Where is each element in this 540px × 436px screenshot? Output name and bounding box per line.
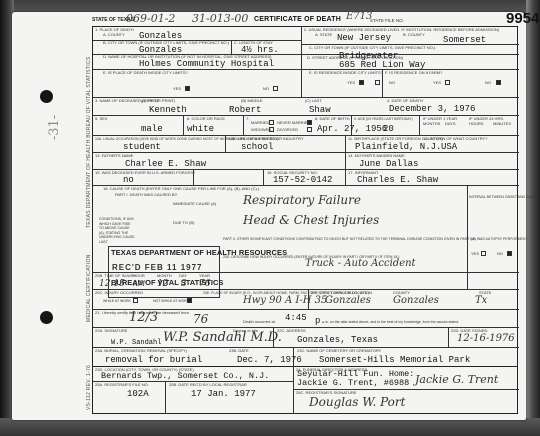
interval-label: INTERVAL BETWEEN ONSET AND DEATH [469,195,538,200]
stamp-line-2: REC'D FEB 11 1977 [112,263,203,272]
certificate-form: 1. PLACE OF DEATH a. COUNTY Gonzales b. … [92,26,518,367]
marital-never-married-checkbox [307,120,312,125]
marital-married: Married [251,121,269,126]
death-inside-city-yes-checkbox [185,86,190,91]
describe-injury: Truck - Auto Accident [305,258,416,269]
scan-border-right [526,0,540,436]
middle-name: Robert [229,105,261,115]
death-occurred-label: Death occurred at [243,320,275,325]
divider [165,381,166,414]
death-inside-city-no-label: NO [263,87,269,92]
divider [93,152,519,153]
autopsy-label: 19. WAS AUTOPSY PERFORMED? [471,237,527,242]
autopsy-no-label: NO [497,252,503,257]
physician-address: Gonzales, Texas [297,335,378,345]
address-label: 22c. ADDRESS [277,329,306,334]
divider [448,327,449,347]
deceased-name-label: 3. NAME OF DECEASED (Type or print) [95,99,175,104]
industry: school [241,142,273,152]
while-at-work-label: WHILE AT WORK [103,299,131,304]
funeral-director: Jackie G. Trent, #6988 [297,378,409,388]
months-label: Months [423,122,440,127]
immediate-cause: Respiratory Failure [243,193,361,207]
marital-married-checkbox [269,120,274,125]
residence-state-label: a. STATE [315,33,332,38]
hospital-name: Holmes Community Hospital [139,59,274,69]
date-signed: 12-16-1976 [457,333,515,344]
divider [419,115,420,135]
marital-widowed-checkbox [269,127,274,132]
punch-hole-top [40,90,53,103]
injury-state: Tx [475,295,487,306]
citizen-label: 12. CITIZEN OF WHAT COUNTRY? [423,137,487,142]
on-farm-no-label: NO [485,81,491,86]
divider [293,367,294,414]
sex: male [141,124,163,134]
not-at-work-label: NOT WHILE AT WORK [153,299,189,304]
death-time: 4:45 [285,313,307,323]
attended-to: 76 [193,312,208,326]
divider [345,135,346,152]
residence-county: Somerset [443,35,486,45]
death-inside-city-label: e. IS PLACE OF DEATH INSIDE CITY LIMITS? [103,71,188,76]
birthplace: Plainfield, N.J. [355,142,441,152]
divider [183,115,184,135]
cause-label: 18. CAUSE OF DEATH (Enter only one cause… [103,187,259,192]
on-farm-yes-label: YES [433,81,441,86]
divider [231,40,232,54]
mother-name: June Dallas [359,159,418,169]
autopsy-yes-label: YES [471,252,479,257]
last-name: Shaw [309,105,331,115]
armed-forces: no [123,175,134,185]
armed-forces-label: 15. WAS DECEASED EVER IN U.S. ARMED FORC… [95,171,195,176]
burial-date: Dec. 7, 1976 [237,355,302,365]
marital-label: 7. [246,117,249,122]
minutes-label: Minutes [493,122,511,127]
date-of-death-label: 4. DATE OF DEATH [387,99,423,104]
injury-county: Gonzales [393,295,439,306]
middle-name-label: (b) Middle [241,99,263,104]
part1-label: PART I. DEATH WAS CAUSED BY [115,193,177,198]
days-label: Days [445,122,456,127]
marital-never-married: Never Married [277,121,310,126]
divider [243,115,244,135]
residence-inside-city-label: e. IS RESIDENCE INSIDE CITY LIMITS? [309,71,383,76]
due-to-label: DUE TO (b) [173,221,194,226]
burial-location: Bernards Twp., Somerset Co., N.J. [101,371,269,381]
occupation: student [123,142,161,152]
death-inside-city-yes-label: YES [173,87,181,92]
autopsy-no-checkbox [507,251,512,256]
on-farm-label: f. IS RESIDENCE ON A FARM? [385,71,442,76]
race: white [187,124,214,134]
physician-signature: W.P. Sandahl M.D. [163,330,282,345]
citizen: USA [441,142,457,152]
residence-street: 685 Red Lion Way [339,60,425,70]
registrar-signature: Douglas W. Port [309,395,405,409]
age-label: 9. AGE (In years last birthday) [354,117,413,122]
race-label: 6. COLOR OR RACE [187,117,225,122]
attended-from: 12/3 [129,310,158,325]
while-at-work-checkbox [133,298,138,303]
last-name-label: (c) Last [305,99,322,104]
stamp-line-1: TEXAS DEPARTMENT OF HEALTH RESOURCES [111,248,287,257]
hand-code-2: 31-013-00 [192,12,248,25]
autopsy-yes-checkbox [481,251,486,256]
date-of-death: December 3, 1976 [389,104,475,114]
father-name: Charlee E. Shaw [125,159,206,169]
conditions-label: Conditions, if any, which gave rise to a… [99,217,135,244]
burial-method: removal for burial [105,355,202,365]
age: 20 [383,124,394,134]
date-received: 17 Jan. 1977 [191,389,256,399]
funeral-director-signature: Jackie G. Trent [415,373,498,386]
degree-label: Degree or title [233,329,258,334]
burial-label: 23a. BURIAL, CREMATION, REMOVAL (Specify… [95,349,187,354]
registrar-file-number: 102A [127,389,149,399]
residence-inside-no-label: NO [389,81,395,86]
informant: Charles E. Shaw [357,175,438,185]
certificate-number: 99547 [506,10,540,27]
father-label: 13. FATHER'S NAME [95,154,133,159]
sex-label: 5. SEX [95,117,107,122]
due-to-cause: Head & Chest Injuries [243,213,379,227]
marital-divorced: Divorced [277,128,298,133]
residence-inside-yes-label: YES [347,81,355,86]
received-stamp: TEXAS DEPARTMENT OF HEALTH RESOURCES REC… [108,246,220,298]
marital-divorced-checkbox [307,127,312,132]
injury-place: Hwy 90 A I-H 35 [243,295,327,306]
immediate-cause-label: IMMEDIATE CAUSE (a) [173,202,216,207]
punch-hole-bottom [40,311,53,324]
industry-label: 10b. KIND OF BUSINESS OR INDUSTRY [228,137,304,142]
certificate-header: STATE OF TEXAS 069-01-2 31-013-00 CERTIF… [92,12,522,26]
certify-tail: m. on the date stated above, and to the … [325,320,459,325]
death-inside-city-no-checkbox [273,86,278,91]
residence-inside-no-checkbox [375,80,380,85]
dob-label: 8. DATE OF BIRTH [315,117,350,122]
cemetery-label: 23c. NAME OF CEMETERY OR CREMATORY [297,349,381,354]
part2-label: PART II. OTHER SIGNIFICANT CONDITIONS CO… [223,237,476,242]
hand-state-file: E713 [346,11,372,22]
social-security-number: 157-52-0142 [273,175,332,185]
stamp-line-3: BUREAU OF VITAL STATISTICS [111,278,223,287]
hand-code-1: 069-01-2 [126,12,175,25]
scan-border-bottom [0,418,540,436]
on-farm-yes-checkbox [445,80,450,85]
on-farm-no-checkbox [496,80,501,85]
physician-typed-name: W.P. Sandahl [111,338,161,348]
state-file-label: STATE FILE NO. [370,18,404,23]
not-at-work-checkbox [187,298,192,303]
date-received-label: 25b. DATE REC'D BY LOCAL REGISTRAR [169,383,247,388]
injury-city: Gonzales [325,295,371,306]
cemetery-name: Somerset-Hills Memorial Park [319,355,470,365]
signature-label: 22a. SIGNATURE [95,329,127,334]
residence-label: 2. USUAL RESIDENCE (Where deceased lived… [304,28,499,33]
date-of-birth: Apr. 27, 1956 [317,124,387,134]
mother-label: 14. MOTHER'S MAIDEN NAME [348,154,405,159]
margin-hand-mark: -31- [47,115,62,140]
residence-inside-yes-checkbox [359,80,364,85]
first-name-label: (a) First [141,99,159,104]
hours-label: Hours [469,122,483,127]
certificate-title: CERTIFICATE OF DEATH [254,16,341,23]
burial-date-label: 23b. DATE [229,349,249,354]
residence-county-label: b. COUNTY [403,33,425,38]
first-name: Kenneth [149,105,187,115]
residence-state: New Jersey [337,33,391,43]
registrar-no-label: 25a. REGISTRAR'S FILE NO. [95,383,149,388]
divider [345,152,346,185]
disposition-bottom: 23d. LOCATION (City, town, or county) (S… [92,367,518,414]
divider [263,169,264,185]
death-county-label: a. COUNTY [103,33,125,38]
residence-city-label: c. CITY OR TOWN (If outside city limits,… [309,46,435,51]
divider [301,27,302,97]
